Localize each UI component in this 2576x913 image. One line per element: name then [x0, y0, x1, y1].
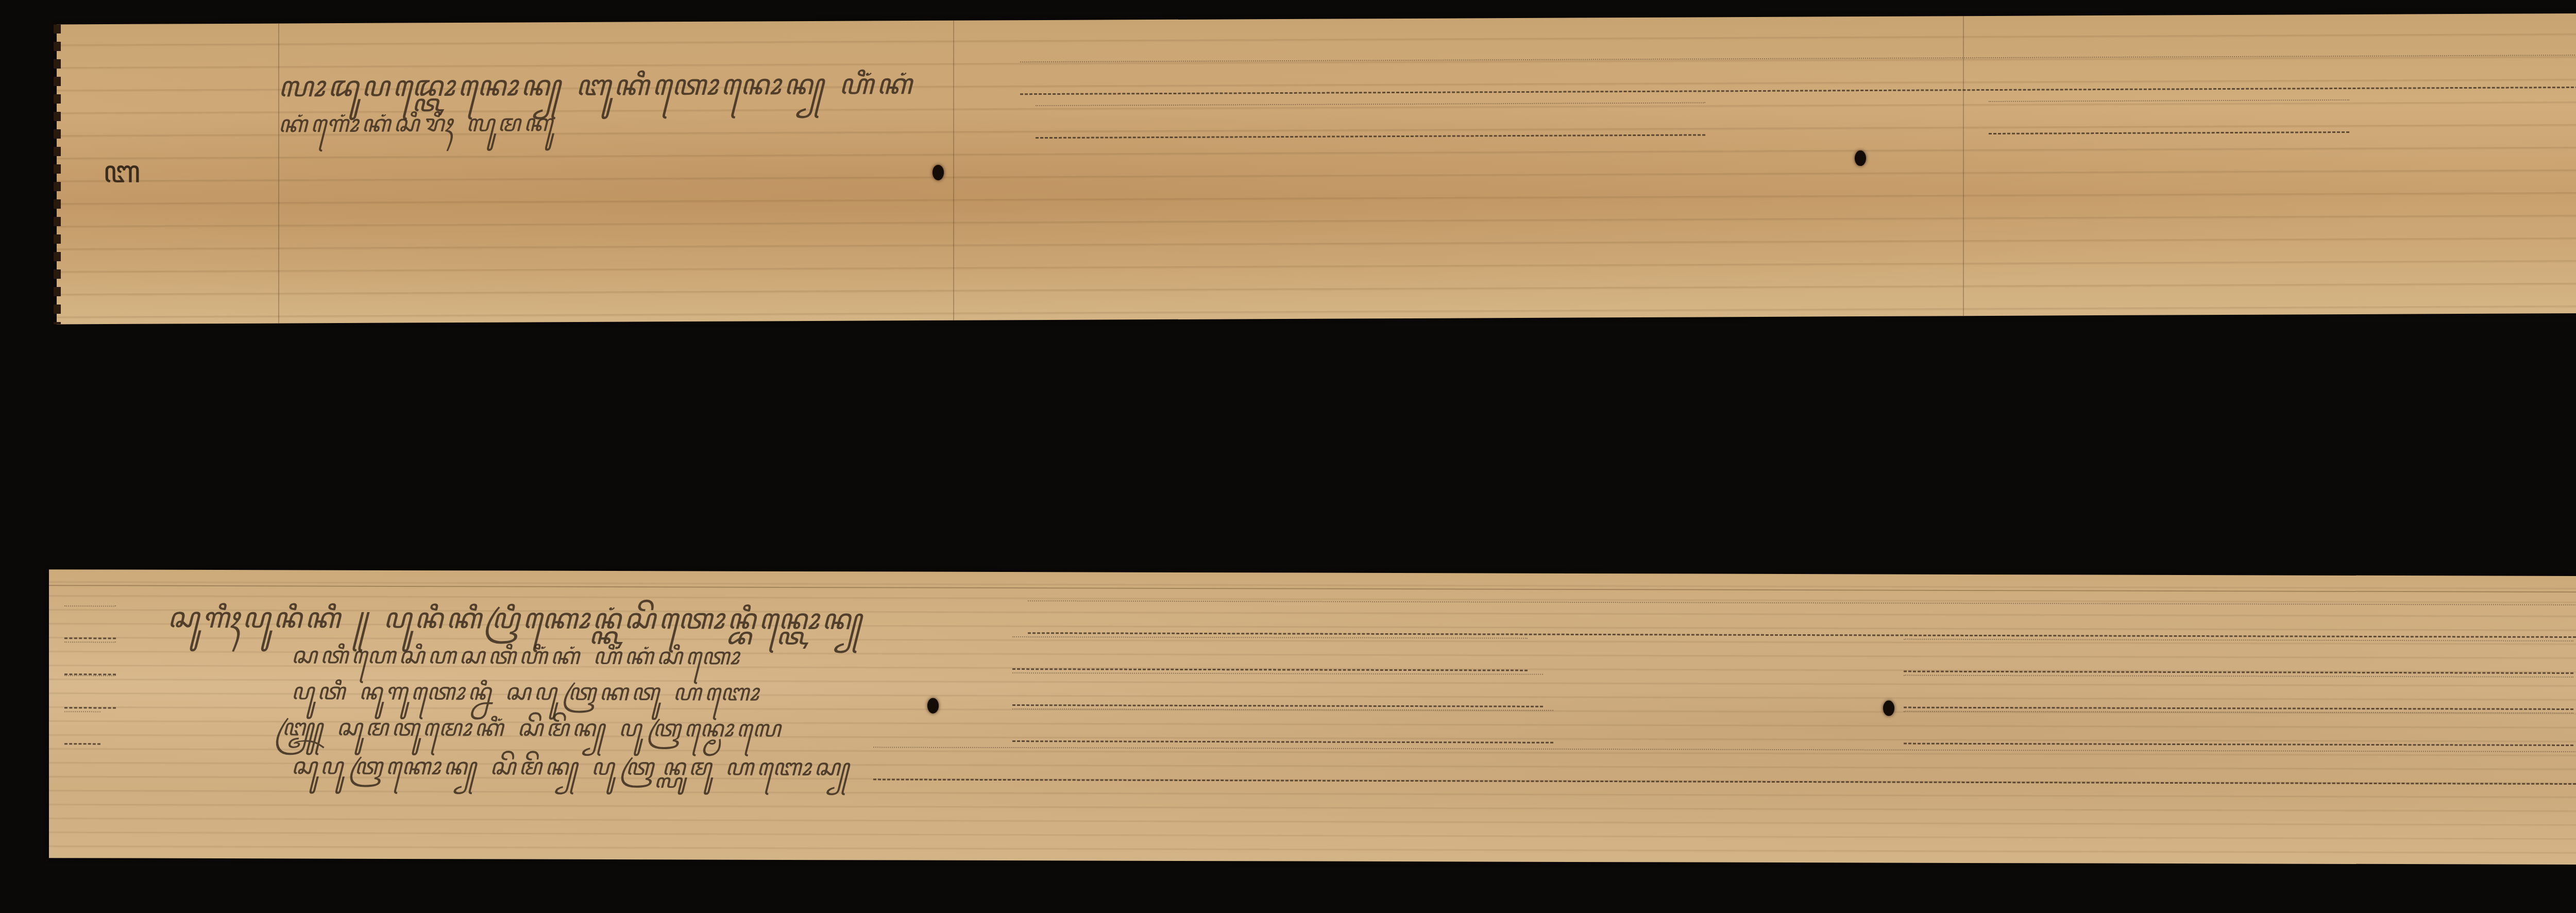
margin-note-2 — [64, 641, 116, 675]
margin-note-3 — [64, 675, 116, 708]
script-line-3-center — [1012, 672, 1543, 707]
script-line-4-center — [1012, 708, 1553, 743]
folio-marker: ꦧ — [103, 148, 140, 211]
script-line-2-center — [1012, 636, 1528, 671]
string-hole-left — [933, 165, 944, 180]
top-crack-line — [49, 585, 2576, 593]
margin-note-4 — [64, 711, 100, 745]
manuscript-line-5: ꦱꦸꦥꦸꦠꦿꦏꦺꦴꦤ꧀ ꦱꦼꦩꦼꦤ꧀ ꦥꦸꦠꦿꦤ꧀ꦭꦸꦩꦸ ꦲꦧꦺꦴꦱ꧀ — [291, 748, 852, 798]
palm-leaf-bottom: ꦱꦸꦒꦶꦃꦥꦸꦤꦶꦏꦶ ꧋ ꦥꦸꦤꦶꦏꦶꦥꦿꦶꦏꦺꦴꦤ꧀ꦏꦁꦱꦼꦠꦺꦴꦤ꧀ꦧꦶꦤ… — [49, 569, 2576, 865]
margin-note-1 — [64, 605, 116, 639]
leaf-left-edge — [54, 24, 61, 324]
script-line-2-right — [1904, 639, 2573, 674]
script-line-1-continued — [1028, 600, 2576, 638]
script-line-5-continued — [873, 747, 2576, 785]
manuscript-line-2: ꦏꦁꦒꦺꦴꦁꦏꦁꦱꦶꦫꦶꦃ ꦭꦸꦩꦏꦸ — [278, 105, 555, 154]
script-line-2-right — [1989, 99, 2349, 134]
string-hole-right — [1883, 700, 1894, 716]
script-line-2-center — [1036, 102, 1705, 139]
script-line-3-right — [1904, 675, 2573, 710]
string-hole-right — [1855, 150, 1866, 166]
palm-leaf-top: ꦧ ꦭꦴꦢꦸꦥꦢ꧀ꦠꦺꦴꦤꦺꦴꦤ꧀ ꦧꦸꦏꦶꦠꦺꦴꦤꦺꦴꦤ꧀ ꦲꦶꦁꦏꦁ ꦏꦁꦒ… — [57, 13, 2576, 325]
script-line-4-right — [1904, 711, 2573, 746]
margin-rule-center-left — [953, 21, 954, 320]
script-line-1-right — [1020, 55, 2576, 95]
string-hole-left — [927, 698, 939, 714]
